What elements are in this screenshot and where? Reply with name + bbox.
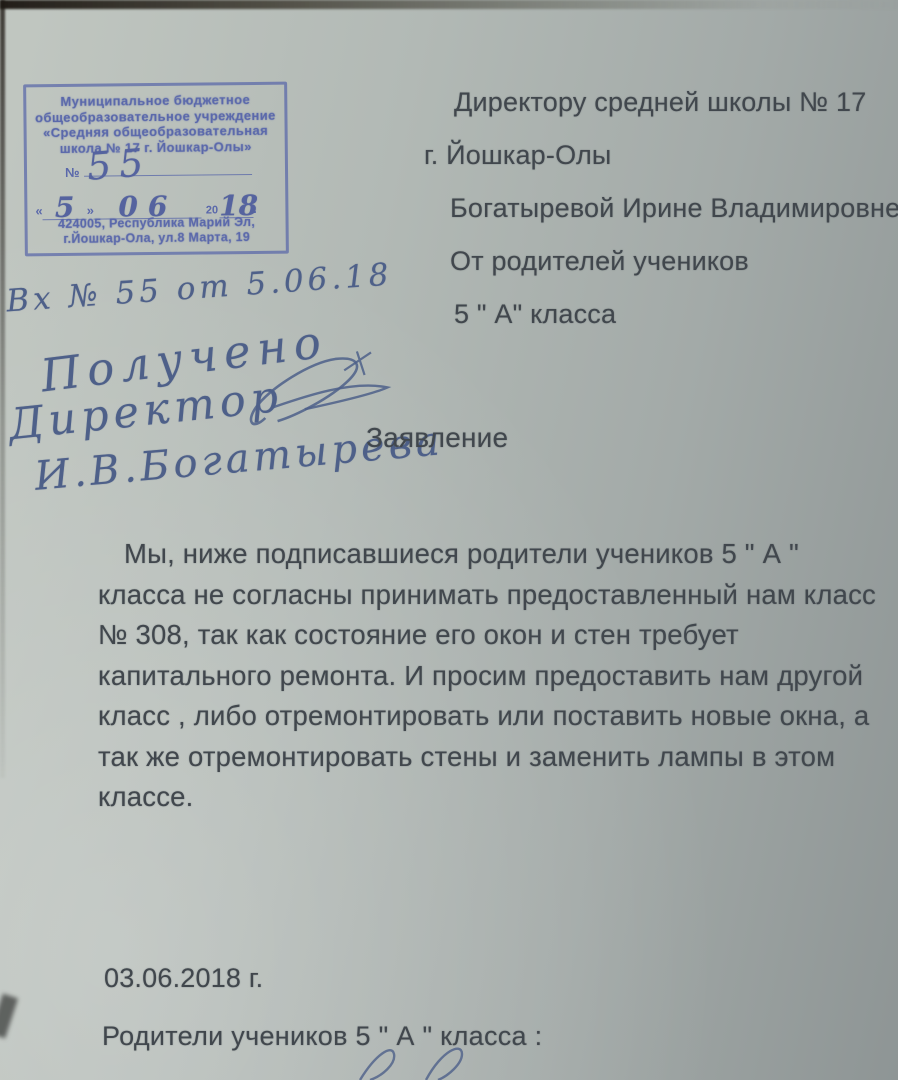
parent-signature	[330, 1046, 540, 1080]
recipient-city-line: г. Йошкар-Олы	[424, 141, 894, 169]
stamp-number-value-handwritten: 55	[85, 140, 153, 189]
document-date: 03.06.2018 г.	[104, 963, 263, 994]
school-stamp: Муниципальное бюджетное общеобразователь…	[23, 82, 289, 257]
recipient-title-line: Директору средней школы № 17	[424, 88, 894, 116]
photo-left-edge	[0, 0, 5, 778]
photo-corner-mark	[0, 994, 18, 1039]
document-photo: Муниципальное бюджетное общеобразователь…	[0, 0, 898, 1080]
stamp-address: 424005, Республика Марий Эл, г.Йошкар-Ол…	[27, 215, 285, 248]
document-title: Заявление	[366, 422, 508, 454]
photo-top-edge	[0, 0, 898, 9]
document-body: Мы, ниже подписавшиеся родители учеников…	[98, 534, 886, 818]
recipient-name-line: Богатыревой Ирине Владимировне	[424, 194, 894, 222]
recipient-class-line: 5 " А" класса	[424, 300, 894, 328]
registration-incoming-note: Вх № 55 от 5.06.18	[5, 257, 393, 320]
recipient-from-line: От родителей учеников	[424, 247, 894, 275]
stamp-number-label: №	[65, 165, 80, 180]
recipient-block: Директору средней школы № 17 г. Йошкар-О…	[424, 88, 894, 353]
stamp-org-name: Муниципальное бюджетное общеобразователь…	[26, 92, 285, 157]
